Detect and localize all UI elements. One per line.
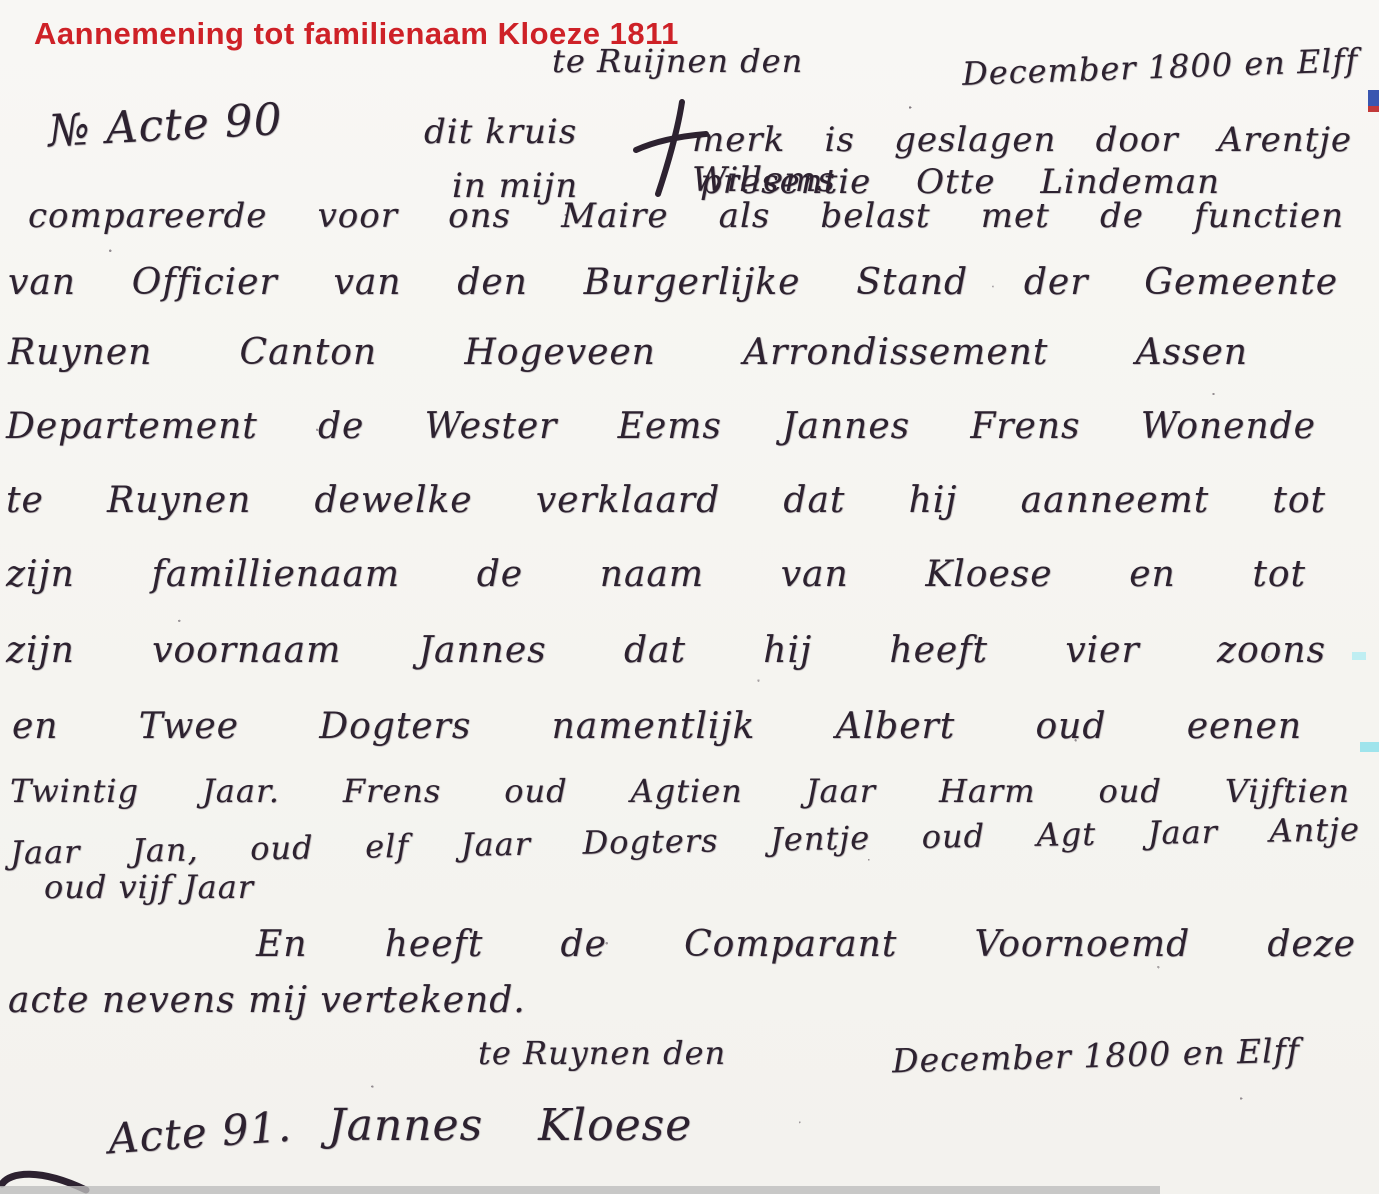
scan-artifact [1368,106,1379,112]
handwritten-line: te Ruynen den [478,1034,726,1072]
scan-artifact [1352,652,1366,660]
handwritten-line: En heeft de Comparant Voornoemd deze [256,924,1356,965]
signature: Jannes Kloese [328,1100,692,1151]
handwritten-line: Ruynen Canton Hogeveen Arrondissement As… [8,332,1248,373]
handwritten-line: Departement de Wester Eems Jannes Frens … [6,406,1316,447]
handwritten-line: te Ruynen dewelke verklaard dat hij aann… [6,480,1326,521]
handwritten-line: en Twee Dogters namentlijk Albert oud ee… [12,706,1302,747]
handwritten-line: December 1800 en Elff [892,1031,1301,1081]
act-number-top: № Acte 90 [47,94,284,157]
handwritten-line: Twintig Jaar. Frens oud Agtien Jaar Harm… [10,772,1350,810]
handwritten-line: Jaar Jan, oud elf Jaar Dogters Jentje ou… [10,810,1360,872]
scan-artifact [1368,90,1379,106]
scan-edge-strip [0,1186,1160,1194]
handwritten-line: zijn famillienaam de naam van Kloese en … [6,554,1306,595]
scan-artifact [1360,742,1379,752]
cross-mark-icon [630,98,710,202]
handwritten-line: dit kruis [424,112,577,152]
scanned-document-page: Aannemening tot familienaam Kloeze 1811 … [0,0,1379,1194]
handwritten-line: compareerde voor ons Maire als belast me… [28,196,1344,236]
handwritten-line: te Ruijnen den [552,42,803,80]
act-number-bottom: Acte 91. [107,1102,294,1164]
handwritten-line: acte nevens mij vertekend. [8,980,526,1021]
handwritten-line: December 1800 en Elff [961,41,1358,93]
handwritten-line: van Officier van den Burgerlijke Stand d… [8,262,1338,303]
handwritten-line: oud vijf Jaar [44,868,254,906]
handwritten-line: zijn voornaam Jannes dat hij heeft vier … [6,630,1326,671]
